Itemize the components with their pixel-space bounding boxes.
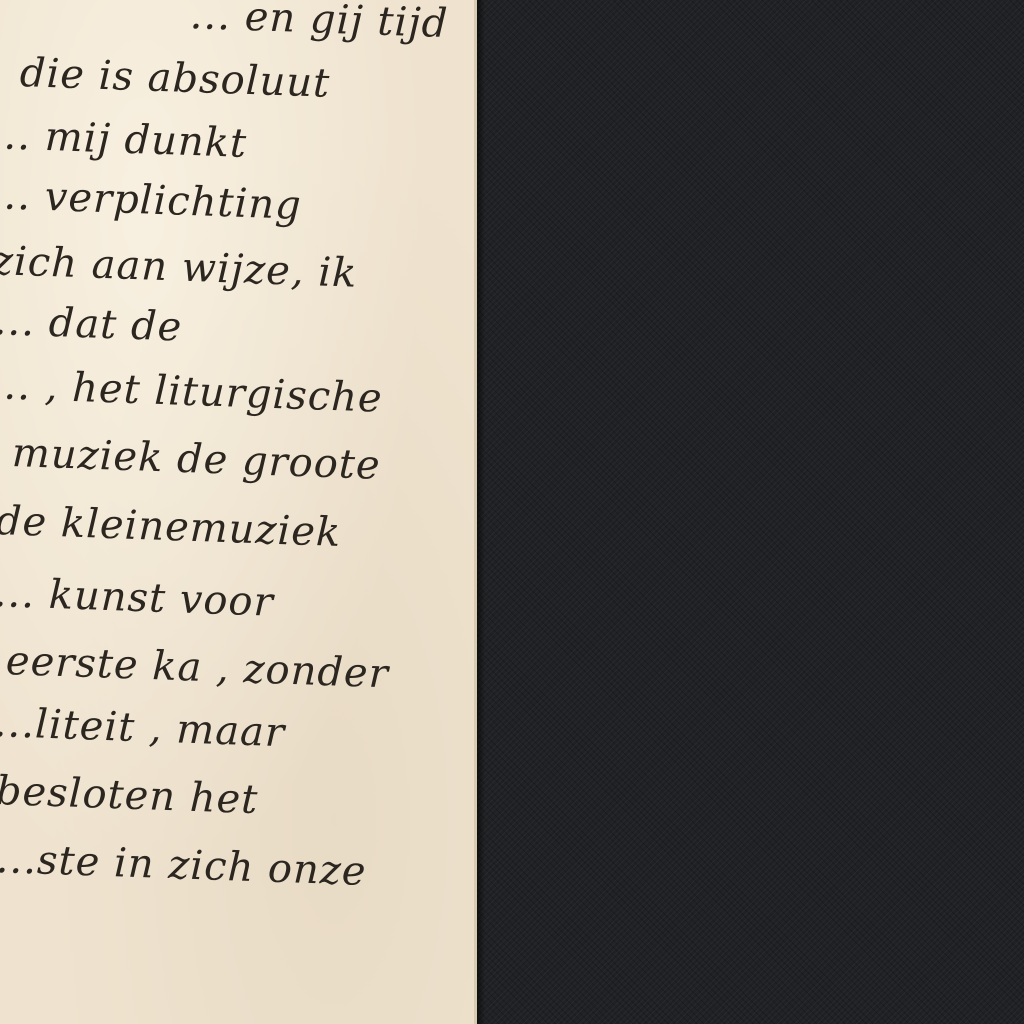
handwritten-line: ... , het liturgische xyxy=(0,362,383,422)
handwritten-line: ... en gij tijd xyxy=(189,0,449,47)
handwritten-line: ... verplichting xyxy=(0,172,302,229)
handwritten-line: de kleinemuziek xyxy=(0,498,342,556)
handwritten-line: eerste ka , zonder xyxy=(5,638,389,697)
handwritten-line: ... mij dunkt xyxy=(0,112,248,167)
handwritten-line: ...liteit , maar xyxy=(0,700,286,756)
page-shadow xyxy=(477,0,485,1024)
handwritten-line: ... dat de xyxy=(0,298,183,351)
handwritten-line: zich aan wijze, ik xyxy=(0,238,358,297)
handwritten-line: muziek de groote xyxy=(11,430,381,489)
dark-cloth-background xyxy=(477,0,1024,1024)
handwritten-line: ... kunst voor xyxy=(0,570,274,626)
handwritten-line: die is absoluut xyxy=(19,50,331,107)
handwritten-line: ...ste in zich onze xyxy=(0,836,367,895)
handwritten-line: besloten het xyxy=(0,768,259,823)
letter-page: ... en gij tijd die is absoluut ... mij … xyxy=(0,0,477,1024)
